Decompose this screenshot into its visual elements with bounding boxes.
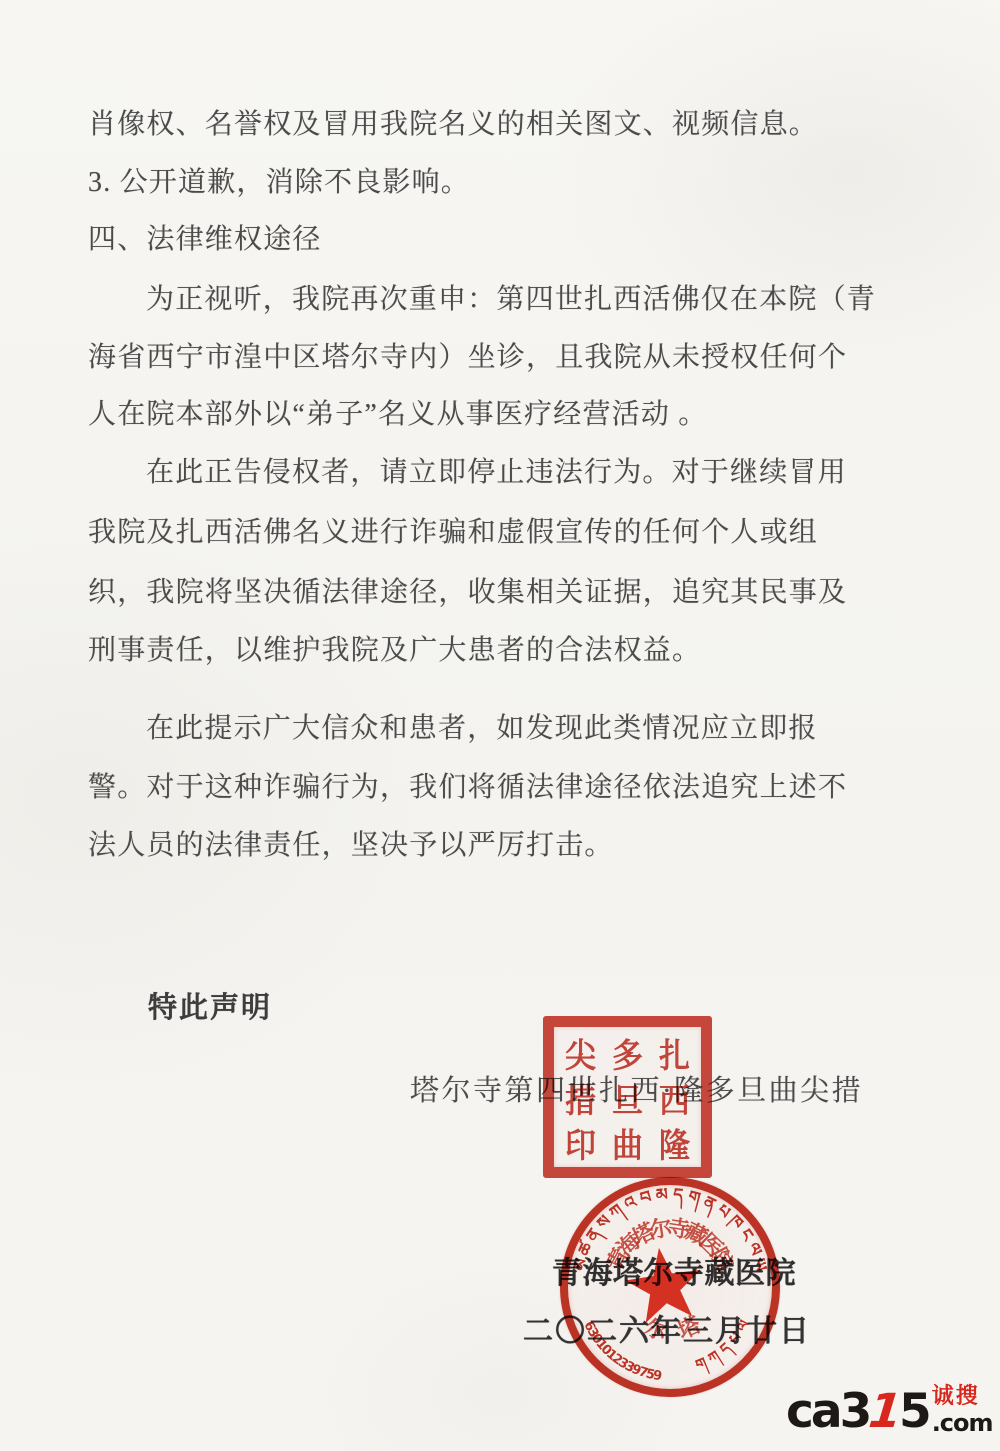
watermark-cn-label: 诚搜	[932, 1386, 980, 1408]
watermark-suffix: .com	[932, 1411, 993, 1435]
text-line: 为正视听，我院再次重申：第四世扎西活佛仅在本院（青	[88, 283, 946, 317]
seal-character: 措	[565, 1073, 596, 1122]
seal-character: 旦	[612, 1073, 643, 1122]
scanned-statement-page: 肖像权、名誉权及冒用我院名义的相关图文、视频信息。3. 公开道歉，消除不良影响。…	[0, 0, 1000, 1451]
closing-statement: 特此声明	[148, 985, 272, 1026]
text-line: 3. 公开道歉，消除不良影响。	[88, 166, 888, 200]
text-line: 刑事责任，以维护我院及广大患者的合法权益。	[88, 634, 888, 668]
text-line: 我院及扎西活佛名义进行诈骗和虚假宣传的任何个人或组	[88, 516, 888, 550]
seal-character: 尖	[565, 1028, 596, 1077]
seal-character: 曲	[612, 1118, 643, 1167]
seal-character: 西	[659, 1073, 690, 1122]
text-line: 法人员的法律责任，坚决予以严厉打击。	[88, 829, 888, 863]
text-line: 肖像权、名誉权及冒用我院名义的相关图文、视频信息。	[88, 108, 888, 142]
seal-character: 多	[612, 1028, 643, 1077]
square-seal-characters: 尖多扎措旦西印曲隆	[557, 1030, 698, 1164]
square-name-seal: 尖多扎措旦西印曲隆	[543, 1016, 712, 1178]
watermark-1: 1	[867, 1388, 902, 1435]
seal-character: 扎	[659, 1028, 690, 1077]
seal-character: 隆	[659, 1118, 690, 1167]
text-line: 在此提示广大信众和患者，如发现此类情况应立即报	[88, 712, 946, 746]
text-line: 海省西宁市湟中区塔尔寺内）坐诊，且我院从未授权任何个	[88, 341, 888, 375]
round-official-seal: མཚནསཀའབམདགནཔཁངལཡ青海塔尔寺藏医院6301012339759ལཔད…	[560, 1177, 780, 1397]
watermark-5: 5	[899, 1388, 929, 1435]
text-line: 四、法律维权途径	[88, 223, 888, 257]
ca315-watermark: ca315 诚搜 .com	[786, 1386, 993, 1435]
text-line: 织，我院将坚决循法律途径，收集相关证据，追究其民事及	[88, 576, 888, 610]
text-line: 人在院本部外以“弟子”名义从事医疗经营活动 。	[88, 398, 888, 432]
watermark-ca3: ca3	[786, 1388, 869, 1435]
text-line: 警。对于这种诈骗行为，我们将循法律途径依法追究上述不	[88, 771, 888, 805]
seal-character: 印	[565, 1118, 596, 1167]
text-line: 在此正告侵权者，请立即停止违法行为。对于继续冒用	[88, 456, 946, 490]
